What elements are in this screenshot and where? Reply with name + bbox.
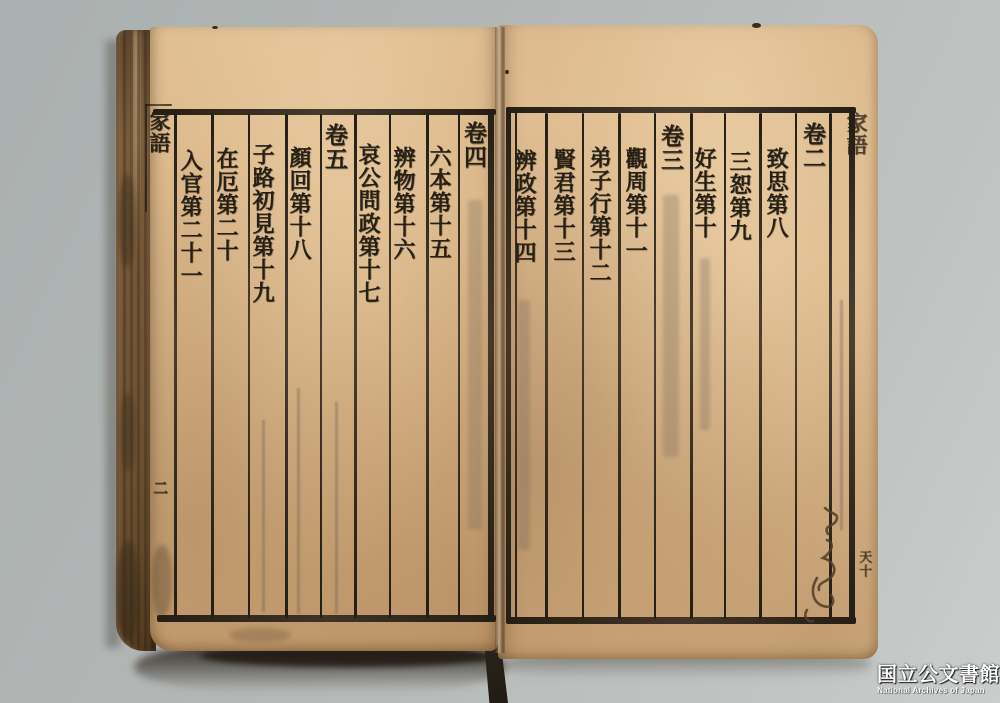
watermark-japanese-title: 国立公文書館 [862, 664, 1000, 686]
toc-chapter-entry: 辨政第十四 [513, 149, 535, 264]
fold-page-number: 二 [151, 480, 166, 496]
column-rule [458, 114, 460, 618]
bleedthrough-ghost-text [468, 200, 482, 530]
column-rule [654, 113, 656, 619]
frame-left-left-page [174, 112, 177, 620]
toc-volume-heading: 卷三 [659, 124, 682, 172]
toc-chapter-entry: 哀公問政第十七 [357, 143, 379, 304]
column-rule [320, 114, 322, 618]
toc-volume-heading: 卷四 [462, 121, 485, 169]
frame-left-right-page [506, 107, 511, 624]
bleedthrough-ghost-text [700, 258, 710, 430]
fold-title-right-clip: 家語 [843, 110, 876, 205]
toc-chapter-entry: 致思第八 [765, 147, 787, 239]
toc-chapter-entry: 三恕第九 [728, 150, 750, 242]
paper-speck [752, 23, 761, 28]
fold-title-left: 家語 [148, 110, 169, 154]
paper-speck [212, 26, 218, 29]
spine-ink-smudge [117, 542, 139, 640]
column-rule [582, 113, 584, 619]
scanned-book-spread: 卷二 致思第八 三恕第九 好生第十 卷三 觀周第十一 弟子行第十二 賢君第十三 … [0, 0, 1000, 703]
handwritten-annotation-squiggle [795, 498, 857, 630]
toc-chapter-entry: 入官第二十一 [179, 149, 201, 287]
frame-bottom-left-page [157, 615, 496, 622]
page-left [150, 27, 498, 651]
frame-right-left-page [488, 109, 494, 622]
toc-chapter-entry: 顏回第十八 [288, 146, 310, 261]
column-rule [759, 113, 762, 619]
fold-title-right: 家語 [845, 112, 866, 156]
column-rule [545, 113, 548, 619]
fold-edge-marks-clip: 天十 [855, 548, 876, 623]
bleedthrough-ghost-text [663, 195, 679, 457]
bleedthrough-ghost-line [840, 300, 843, 530]
toc-chapter-entry: 賢君第十三 [552, 148, 574, 263]
spine-ink-smudge [121, 392, 135, 472]
bleedthrough-ghost-line [335, 402, 338, 614]
center-gutter [495, 27, 505, 653]
toc-chapter-entry: 觀周第十一 [624, 147, 646, 262]
column-rule [618, 113, 621, 619]
watermark-english-subtitle: National Archives of Japan [862, 686, 1000, 696]
bleedthrough-ghost-line [262, 420, 265, 612]
bleedthrough-ghost-text [518, 300, 530, 550]
toc-chapter-entry: 子路初見第十九 [251, 143, 273, 304]
corner-smudge [152, 545, 172, 617]
fold-edge-partial-characters: 天十 [858, 550, 871, 578]
frame-top-right-page [506, 107, 856, 113]
paper-speck [505, 70, 509, 74]
spine-ink-smudge [119, 175, 135, 267]
column-rule [724, 113, 726, 619]
fold-label-bracket [145, 104, 172, 106]
bleedthrough-ghost-line [297, 388, 300, 614]
toc-chapter-entry: 好生第十 [693, 147, 715, 239]
toc-volume-heading: 卷二 [801, 122, 824, 170]
frame-top-left-page [153, 109, 496, 115]
toc-chapter-entry: 六本第十五 [428, 145, 450, 260]
toc-volume-heading: 卷五 [323, 123, 346, 171]
toc-chapter-entry: 在厄第二十 [215, 147, 237, 262]
edge-smudge [230, 628, 290, 642]
archive-watermark: 国立公文書館 National Archives of Japan [862, 664, 1000, 703]
toc-chapter-entry: 弟子行第十二 [588, 146, 610, 284]
toc-chapter-entry: 辨物第十六 [392, 146, 414, 261]
